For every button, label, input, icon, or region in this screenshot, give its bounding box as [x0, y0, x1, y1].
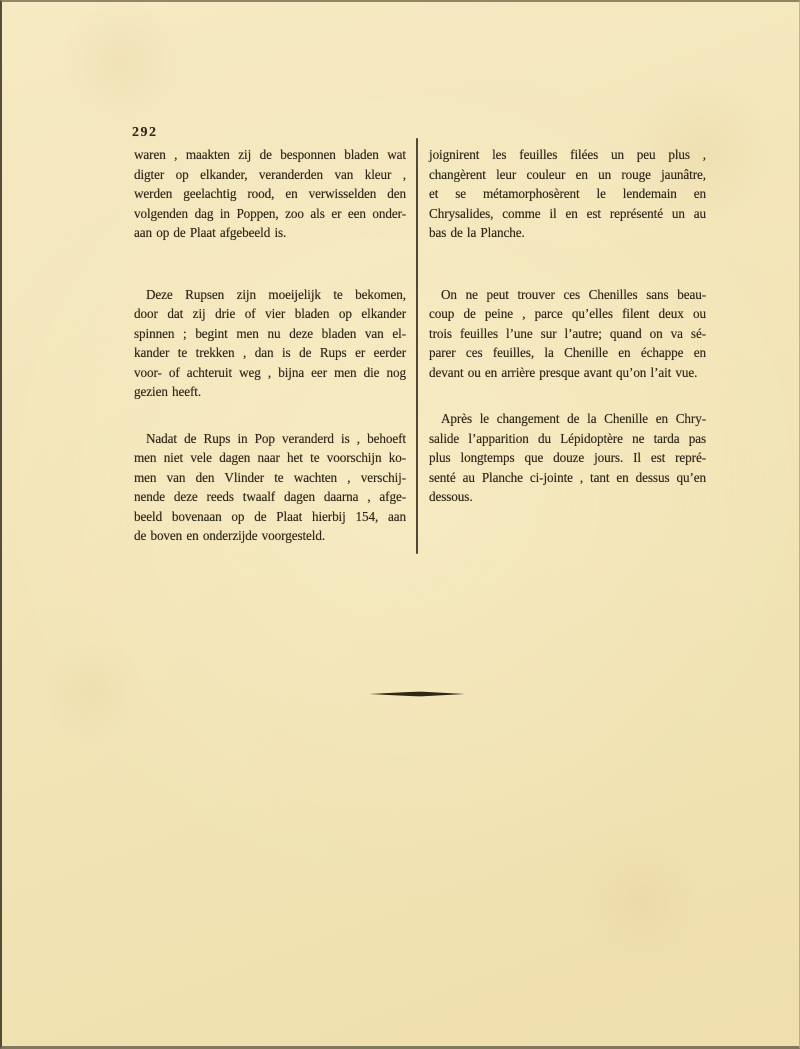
section-divider-rule	[369, 691, 465, 697]
text-line: kander te trekken , dan is de Rups er ee…	[134, 343, 406, 363]
text-line: senté au Planche ci-jointe , tant en des…	[429, 468, 706, 488]
text-line: Après le changement de la Chenille en Ch…	[429, 409, 706, 429]
text-line: spinnen ; begint men nu deze bladen van …	[134, 324, 406, 344]
text-line: de boven en onderzijde voorgesteld.	[134, 526, 406, 546]
text-line: dessous.	[429, 487, 706, 507]
text-line: plus longtemps que douze jours. Il est r…	[429, 448, 706, 468]
paragraph: Deze Rupsen zijn moeijelijk te bekomen,d…	[134, 285, 406, 402]
french-column: joignirent les feuilles filées un peu pl…	[429, 145, 706, 507]
text-line: voor- of achteruit weg , bijna eer men d…	[134, 363, 406, 383]
text-line: gezien heeft.	[134, 382, 406, 402]
text-line: men van den Vlinder te wachten , verschi…	[134, 468, 406, 488]
text-line: aan op de Plaat afgebeeld is.	[134, 223, 406, 243]
paragraph: waren , maakten zij de besponnen bladen …	[134, 145, 406, 243]
text-line: bas de la Planche.	[429, 223, 706, 243]
text-line: door dat zij drie of vier bladen op elka…	[134, 304, 406, 324]
text-line: et se métamorphosèrent le lendemain en	[429, 184, 706, 204]
text-line: digter op elkander, veranderden van kleu…	[134, 165, 406, 185]
dutch-column: waren , maakten zij de besponnen bladen …	[134, 145, 406, 546]
text-line: trois feuilles l’une sur l’autre; quand …	[429, 324, 706, 344]
text-line: nende deze reeds twaalf dagen daarna , a…	[134, 487, 406, 507]
text-line: joignirent les feuilles filées un peu pl…	[429, 145, 706, 165]
paragraph: joignirent les feuilles filées un peu pl…	[429, 145, 706, 243]
text-line: volgenden dag in Poppen, zoo als er een …	[134, 204, 406, 224]
text-line: changèrent leur couleur en un rouge jaun…	[429, 165, 706, 185]
text-line: men niet vele dagen naar het te voorschi…	[134, 448, 406, 468]
paragraph: Nadat de Rups in Pop veranderd is , beho…	[134, 429, 406, 546]
column-divider-rule	[416, 138, 418, 554]
page-number: 292	[132, 125, 158, 141]
text-line: Nadat de Rups in Pop veranderd is , beho…	[134, 429, 406, 449]
paragraph: On ne peut trouver ces Chenilles sans be…	[429, 285, 706, 383]
text-line: On ne peut trouver ces Chenilles sans be…	[429, 285, 706, 305]
text-line: waren , maakten zij de besponnen bladen …	[134, 145, 406, 165]
text-line: coup de peine , parce qu’elles filent de…	[429, 304, 706, 324]
text-line: salide l’apparition du Lépidoptère ne ta…	[429, 429, 706, 449]
paragraph: Après le changement de la Chenille en Ch…	[429, 409, 706, 507]
book-page: 292 waren , maakten zij de besponnen bla…	[0, 0, 800, 1049]
text-line: devant ou en arrière presque avant qu’on…	[429, 363, 706, 383]
text-line: Deze Rupsen zijn moeijelijk te bekomen,	[134, 285, 406, 305]
text-line: parer ces feuilles, la Chenille en échap…	[429, 343, 706, 363]
text-line: beeld bovenaan op de Plaat hierbij 154, …	[134, 507, 406, 527]
text-line: werden geelachtig rood, en verwisselden …	[134, 184, 406, 204]
text-line: Chrysalides, comme il en est représenté …	[429, 204, 706, 224]
